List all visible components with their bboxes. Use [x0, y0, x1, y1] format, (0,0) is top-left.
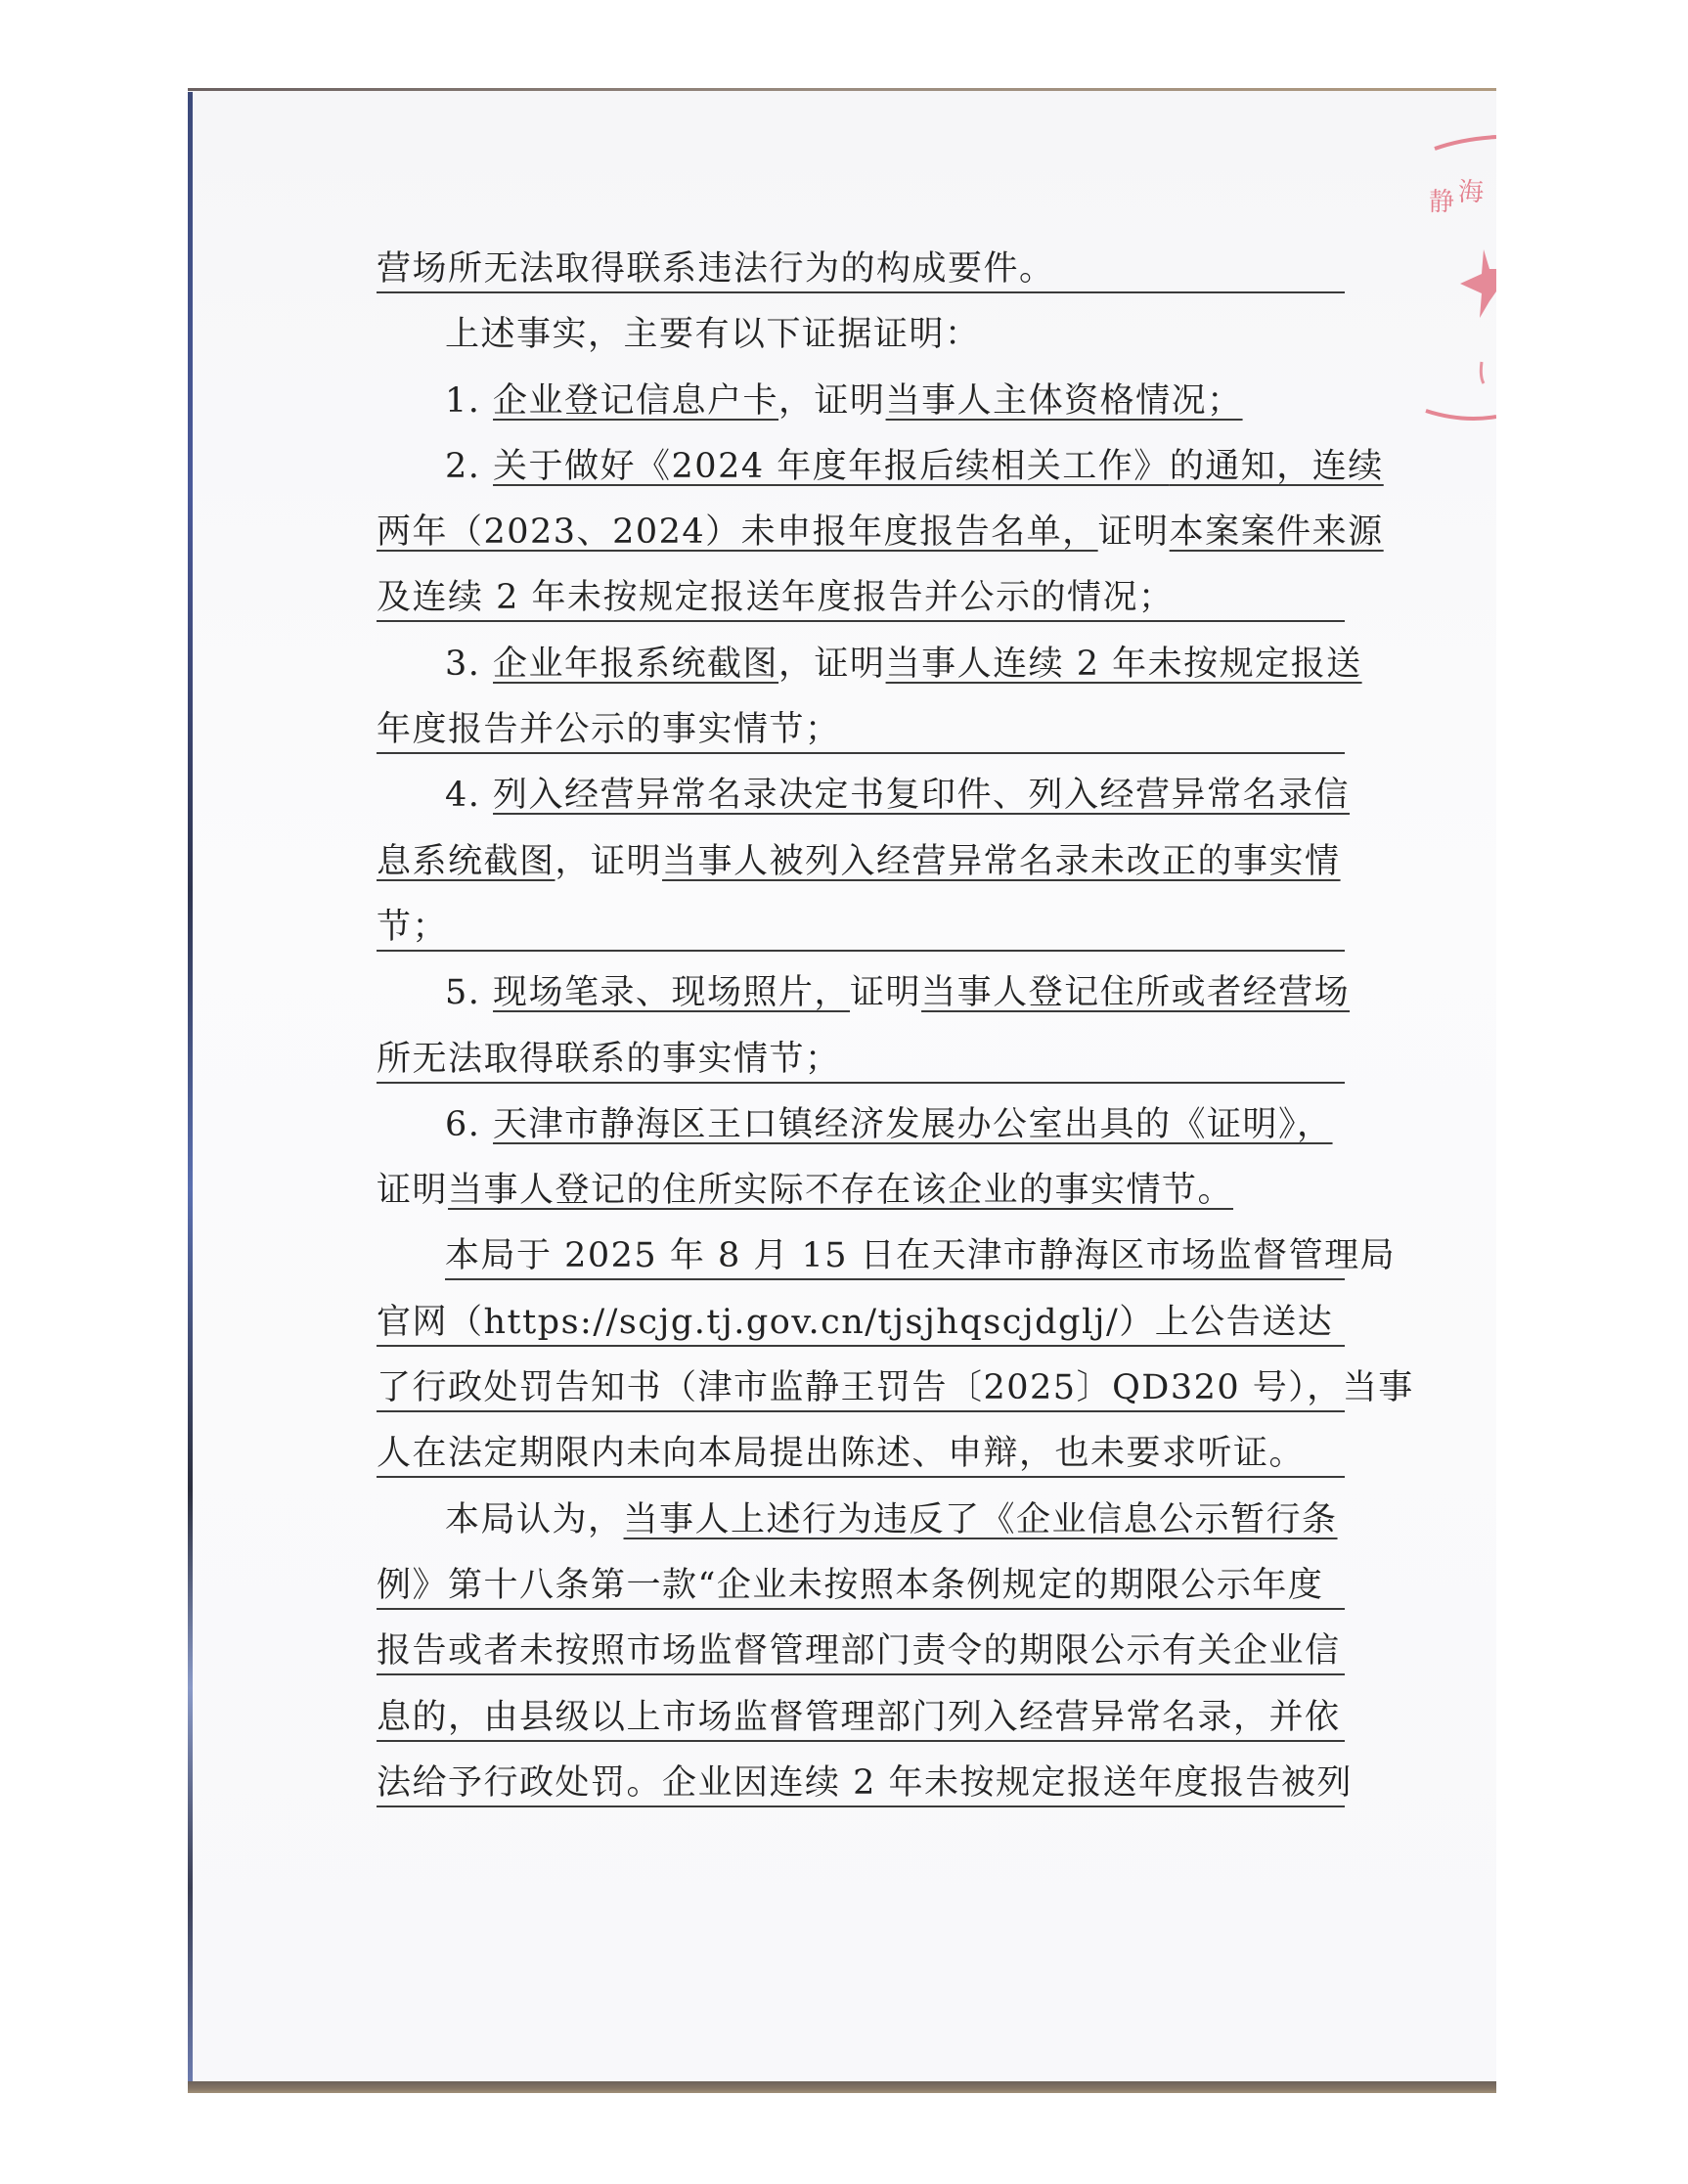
evidence-purpose: 当事人连续 2 年未按规定报送: [886, 645, 1362, 684]
body-line: 证明当事人登记的住所实际不存在该企业的事实情节。: [377, 1167, 1345, 1232]
line-text: 的通知，连续: [1170, 447, 1384, 486]
body-line: 例》第十八条第一款“企业未按照本条例规定的期限公示年度: [377, 1562, 1345, 1627]
body-line: 所无法取得联系的事实情节；: [377, 1036, 1345, 1101]
line-text: 所无法取得联系的事实情节；: [377, 1040, 841, 1079]
page-bottom-edge: [188, 2081, 1496, 2093]
line-text: 及连续 2 年未按规定报送年度报告并公示的情况；: [377, 578, 1175, 617]
evidence-item-6: 6. 天津市静海区王口镇经济发展办公室出具的《证明》，: [377, 1101, 1345, 1167]
evidence-name: 关于做好《2024 年度年报后续相关工作》: [493, 447, 1170, 486]
seal-icon: 静 海: [1423, 127, 1496, 421]
body-line: 官网（https://scjg.tj.gov.cn/tjsjhqscjdglj/…: [377, 1299, 1345, 1364]
line-text: 息的，由县级以上市场监督管理部门列入经营异常名录，并依: [377, 1698, 1341, 1737]
body-line: 法给予行政处罚。企业因连续 2 年未按规定报送年度报告被列: [377, 1760, 1345, 1825]
evidence-item-2: 2. 关于做好《2024 年度年报后续相关工作》的通知，连续: [377, 443, 1345, 509]
body-line: 及连续 2 年未按规定报送年度报告并公示的情况；: [377, 574, 1345, 640]
evidence-item-4: 4. 列入经营异常名录决定书复印件、列入经营异常名录信: [377, 772, 1345, 837]
line-text: 人在法定期限内未向本局提出陈述、申辩，也未要求听证。: [377, 1434, 1305, 1473]
evidence-name: 企业登记信息户卡: [493, 381, 778, 421]
evidence-name: 列入经营异常名录决定书复印件、列入经营异常名录信: [493, 776, 1350, 815]
line-text: 证明: [850, 973, 921, 1012]
svg-text:海: 海: [1458, 178, 1484, 207]
item-number: 4.: [445, 776, 493, 815]
official-seal-stamp: 静 海: [1423, 127, 1496, 421]
line-text: 年度报告并公示的事实情节；: [377, 710, 841, 749]
body-line: 节；: [377, 904, 1345, 969]
evidence-item-5: 5. 现场笔录、现场照片，证明当事人登记住所或者经营场: [377, 969, 1345, 1035]
body-line: 报告或者未按照市场监督管理部门责令的期限公示有关企业信: [377, 1627, 1345, 1693]
item-number: 2.: [445, 447, 493, 486]
line-text: 例》第十八条第一款“企业未按照本条例规定的期限公示年度: [377, 1566, 1323, 1605]
evidence-purpose: 当事人被列入经营异常名录未改正的事实情: [662, 842, 1341, 881]
page-top-edge: [188, 88, 1496, 91]
evidence-intro: 上述事实，主要有以下证据证明：: [377, 311, 1345, 377]
evidence-name: 天津市静海区王口镇经济发展办公室出具的《证明》，: [493, 1105, 1333, 1144]
body-line: 年度报告并公示的事实情节；: [377, 706, 1345, 772]
body-line: 两年（2023、2024）未申报年度报告名单，证明本案案件来源: [377, 509, 1345, 574]
line-text: 当事人上述行为违反了《企业信息公示暂行条: [624, 1500, 1338, 1539]
evidence-purpose: 当事人主体资格情况；: [886, 381, 1243, 421]
body-line: 营场所无法取得联系违法行为的构成要件。: [377, 245, 1345, 311]
body-line: 了行政处罚告知书（津市监静王罚告〔2025〕QD320 号），当事: [377, 1364, 1345, 1430]
evidence-item-1: 1. 企业登记信息户卡，证明当事人主体资格情况；: [377, 378, 1345, 443]
svg-text:静: 静: [1429, 188, 1454, 217]
body-line: 人在法定期限内未向本局提出陈述、申辩，也未要求听证。: [377, 1430, 1345, 1495]
notice-number-text: 了行政处罚告知书（津市监静王罚告〔2025〕QD320 号），当事: [377, 1368, 1414, 1407]
notice-paragraph: 本局于 2025 年 8 月 15 日在天津市静海区市场监督管理局: [377, 1232, 1345, 1298]
line-text: 上述事实，主要有以下证据证明：: [445, 315, 981, 354]
item-number: 6.: [445, 1105, 493, 1144]
website-url-text: 官网（https://scjg.tj.gov.cn/tjsjhqscjdglj/…: [377, 1303, 1333, 1342]
page-left-edge: [188, 92, 193, 2087]
line-text: 节；: [377, 908, 448, 947]
evidence-purpose: 当事人登记住所或者经营场: [921, 973, 1350, 1012]
item-number: 1.: [445, 381, 493, 421]
evidence-name: 现场笔录、现场照片，: [493, 973, 850, 1012]
line-text: 本局于 2025 年 8 月 15 日在天津市静海区市场监督管理局: [445, 1236, 1396, 1275]
line-text: 营场所无法取得联系违法行为的构成要件。: [377, 249, 1055, 289]
evidence-purpose: 本案案件来源: [1170, 513, 1384, 552]
line-text: 本局认为，: [445, 1500, 624, 1539]
line-text: 报告或者未按照市场监督管理部门责令的期限公示有关企业信: [377, 1631, 1341, 1671]
line-text: 证明: [1098, 513, 1170, 552]
evidence-purpose: 当事人登记的住所实际不存在该企业的事实情节。: [448, 1171, 1233, 1210]
line-text: ，证明: [778, 381, 886, 421]
evidence-item-3: 3. 企业年报系统截图，证明当事人连续 2 年未按规定报送: [377, 641, 1345, 706]
item-number: 5.: [445, 973, 493, 1012]
evidence-name: 两年（2023、2024）未申报年度报告名单，: [377, 513, 1098, 552]
finding-paragraph: 本局认为，当事人上述行为违反了《企业信息公示暂行条: [377, 1496, 1345, 1562]
line-text: ，证明: [555, 842, 663, 881]
evidence-name: 企业年报系统截图: [493, 645, 778, 684]
item-number: 3.: [445, 645, 493, 684]
line-text: 证明: [377, 1171, 448, 1210]
line-text: 法给予行政处罚。企业因连续 2 年未按规定报送年度报告被列: [377, 1763, 1353, 1803]
document-body: 营场所无法取得联系违法行为的构成要件。 上述事实，主要有以下证据证明： 1. 企…: [377, 245, 1345, 1825]
line-text: ，证明: [778, 645, 886, 684]
evidence-name: 息系统截图: [377, 842, 555, 881]
body-line: 息的，由县级以上市场监督管理部门列入经营异常名录，并依: [377, 1694, 1345, 1760]
body-line: 息系统截图，证明当事人被列入经营异常名录未改正的事实情: [377, 838, 1345, 904]
